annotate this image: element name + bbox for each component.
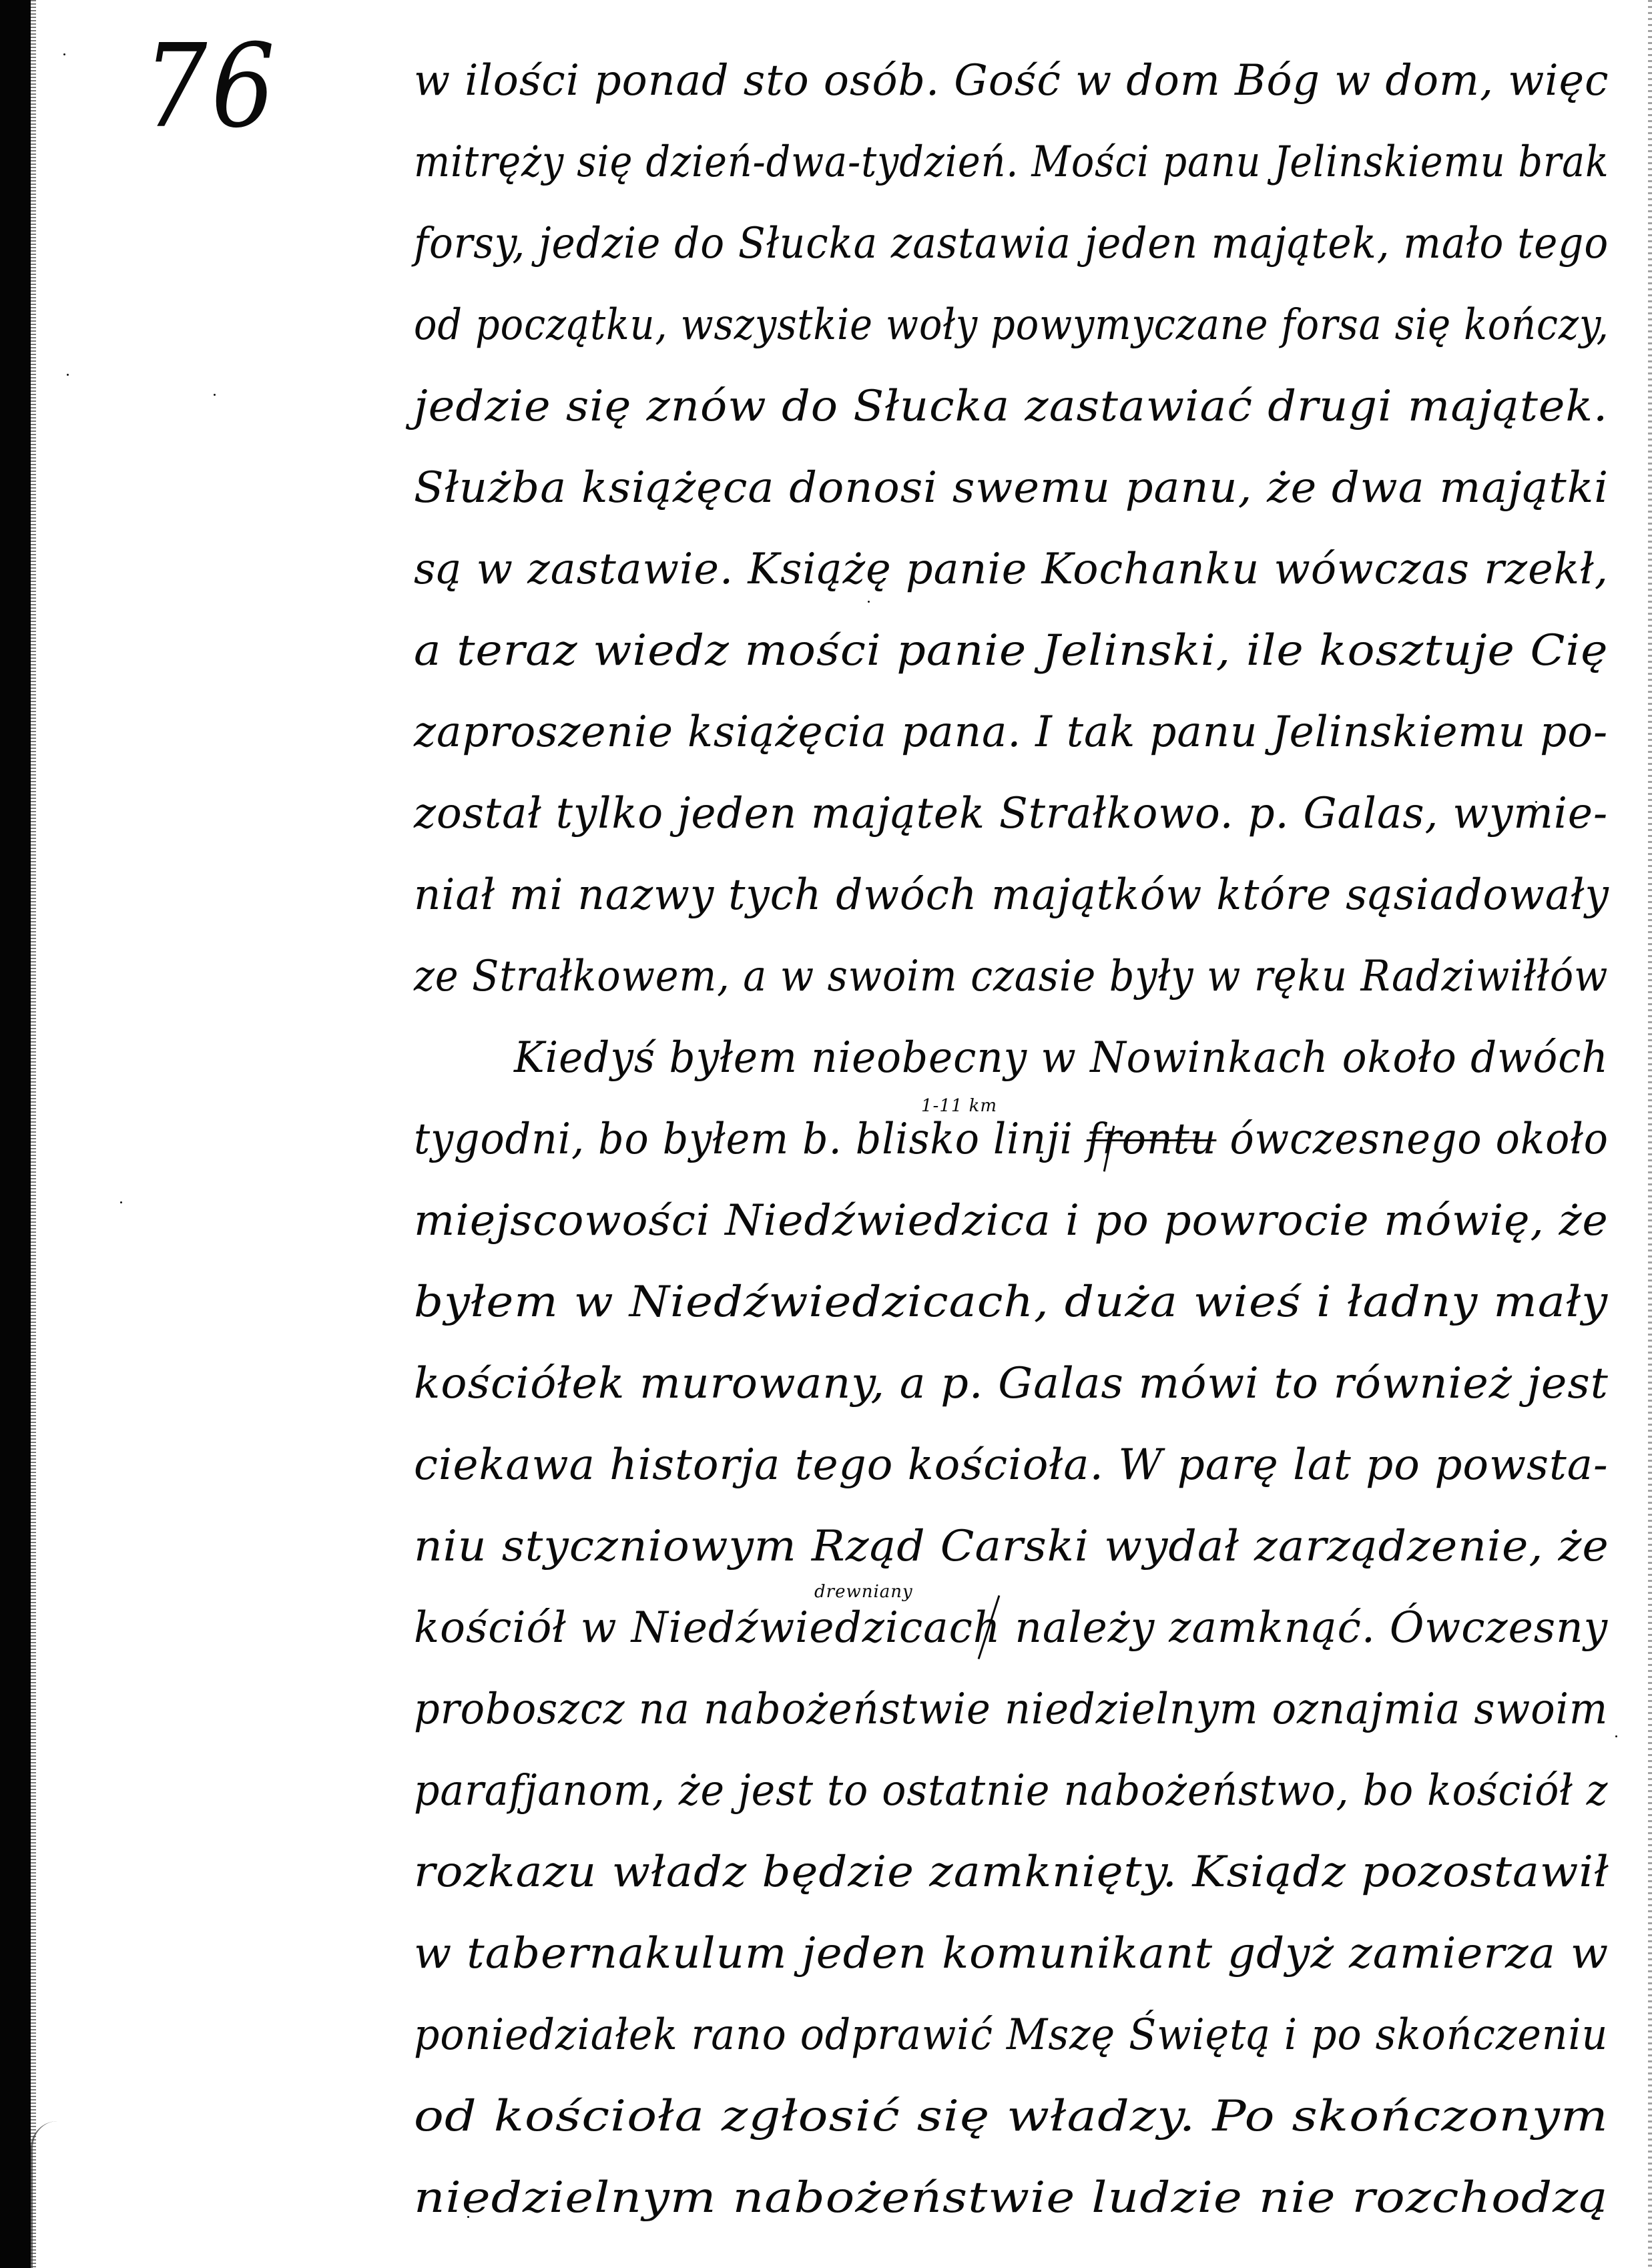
line-text: niał mi nazwy tych dwóch majątków które … [414,854,1609,936]
text-line: a teraz wiedz mości panie Jelinski, ile … [414,610,1629,691]
text-line-with-insertion: kościół w Niedźwiedzicach należy zamknąć… [414,1587,1629,1669]
text-line: proboszcz na nabożeństwie niedzielnym oz… [414,1669,1629,1750]
line-text: od początku, wszystkie woły powymyczane … [414,284,1609,366]
line-text: forsy, jedzie do Słucka zastawia jeden m… [414,203,1609,284]
text-line: w tabernakulum jeden komunikant gdyż zam… [414,1913,1629,1994]
paragraph-start-line: Kiedyś byłem nieobecny w Nowinkach około… [414,1017,1629,1099]
text-line: poniedziałek rano odprawić Mszę Świętą i… [414,1994,1629,2076]
line-text: parafjanom, że jest to ostatnie nabożeńs… [414,1750,1608,1831]
interlinear-annotation: drewniany [814,1583,913,1601]
manuscript-text: w ilości ponad sto osób. Gość w dom Bóg … [414,40,1629,2239]
text-line: od kościoła zgłosić się władzy. Po skońc… [414,2076,1629,2157]
line-text: byłem w Niedźwiedzicach, duża wieś i ład… [414,1261,1608,1343]
line-text: są w zastawie. Książę panie Kochanku wów… [414,529,1609,610]
line-text: mitręży się dzień-dwa-tydzień. Mości pan… [414,121,1609,203]
line-text: w ilości ponad sto osób. Gość w dom Bóg … [414,40,1609,121]
text-line: rozkazu władz będzie zamknięty. Ksiądz p… [414,1831,1629,1913]
scan-speck [868,601,870,603]
line-text: a teraz wiedz mości panie Jelinski, ile … [414,610,1609,691]
interlinear-annotation: 1-11 km [921,1097,997,1115]
text-line: jedzie się znów do Słucka zastawiać drug… [414,366,1629,447]
text-line: miejscowości Niedźwiedzica i po powrocie… [414,1180,1629,1261]
line-text: rozkazu władz będzie zamknięty. Ksiądz p… [414,1831,1609,1913]
scan-speck [63,53,65,55]
scan-binding-edge [31,0,36,2268]
text-line: mitręży się dzień-dwa-tydzień. Mości pan… [414,121,1629,203]
line-text: ze Strałkowem, a w swoim czasie były w r… [414,936,1608,1017]
text-line: parafjanom, że jest to ostatnie nabożeńs… [414,1750,1629,1831]
text-line: niedzielnym nabożeństwie ludzie nie rozc… [414,2157,1629,2239]
line-text: Kiedyś byłem nieobecny w Nowinkach około… [514,1017,1609,1099]
line-text: w tabernakulum jeden komunikant gdyż zam… [414,1913,1609,1994]
scan-speck [1615,1735,1617,1737]
line-text: proboszcz na nabożeństwie niedzielnym oz… [414,1669,1608,1750]
line-text: poniedziałek rano odprawić Mszę Świętą i… [414,1994,1608,2076]
scan-speck [214,394,216,396]
text-line: zaproszenie książęcia pana. I tak panu J… [414,691,1629,773]
line-text: tygodni, bo byłem b. blisko linji frontu… [414,1099,1609,1180]
scan-right-edge [1648,0,1652,2268]
text-line: forsy, jedzie do Słucka zastawia jeden m… [414,203,1629,284]
scan-speck [467,2216,469,2218]
line-text: ciekawa historja tego kościoła. W parę l… [414,1424,1609,1506]
line-text: od kościoła zgłosić się władzy. Po skońc… [414,2076,1609,2157]
page-curl [31,2121,59,2268]
text-line: od początku, wszystkie woły powymyczane … [414,284,1629,366]
line-text: zaproszenie książęcia pana. I tak panu J… [414,691,1608,773]
text-line: niał mi nazwy tych dwóch majątków które … [414,854,1629,936]
scan-speck [120,1201,122,1203]
page-number: 76 [144,20,279,154]
scan-speck [67,374,69,376]
scan-speck [1535,801,1537,803]
line-text: jedzie się znów do Słucka zastawiać drug… [414,366,1608,447]
line-text: niu styczniowym Rząd Carski wydał zarząd… [414,1506,1609,1587]
text-line: byłem w Niedźwiedzicach, duża wieś i ład… [414,1261,1629,1343]
text-line: w ilości ponad sto osób. Gość w dom Bóg … [414,40,1629,121]
line-text: miejscowości Niedźwiedzica i po powrocie… [414,1180,1609,1261]
line-text: Służba książęca donosi swemu panu, że dw… [414,447,1609,529]
text-line: Służba książęca donosi swemu panu, że dw… [414,447,1629,529]
text-line: kościółek murowany, a p. Galas mówi to r… [414,1343,1629,1424]
line-text: niedzielnym nabożeństwie ludzie nie rozc… [414,2157,1609,2239]
text-line: niu styczniowym Rząd Carski wydał zarząd… [414,1506,1629,1587]
line-text: kościółek murowany, a p. Galas mówi to r… [414,1343,1609,1424]
scan-binding-shadow [0,0,31,2268]
line-text: został tylko jeden majątek Strałkowo. p.… [414,773,1608,854]
text-line-with-correction: tygodni, bo byłem b. blisko linji frontu… [414,1099,1629,1180]
text-line: ze Strałkowem, a w swoim czasie były w r… [414,936,1629,1017]
text-line: są w zastawie. Książę panie Kochanku wów… [414,529,1629,610]
text-line: został tylko jeden majątek Strałkowo. p.… [414,773,1629,854]
text-line: ciekawa historja tego kościoła. W parę l… [414,1424,1629,1506]
line-text: kościół w Niedźwiedzicach należy zamknąć… [414,1587,1608,1669]
